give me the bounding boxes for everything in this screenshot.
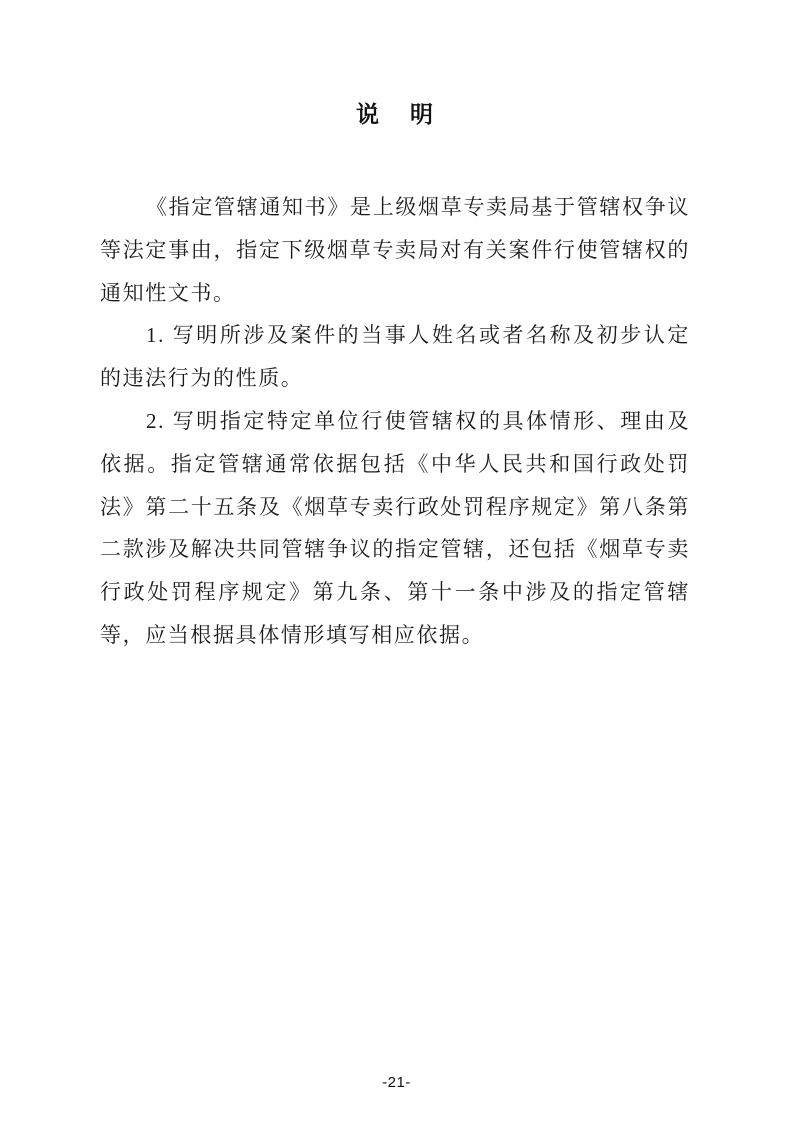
document-page: 说 明 《指定管辖通知书》是上级烟草专卖局基于管辖权争议等法定事由，指定下级烟草… (0, 0, 793, 1122)
paragraph-intro: 《指定管辖通知书》是上级烟草专卖局基于管辖权争议等法定事由，指定下级烟草专卖局对… (100, 186, 690, 314)
page-footer: -21- (0, 1074, 793, 1092)
page-number: -21- (382, 1074, 411, 1091)
paragraph-item-2: 2. 写明指定特定单位行使管辖权的具体情形、理由及依据。指定管辖通常依据包括《中… (100, 400, 690, 657)
document-body: 《指定管辖通知书》是上级烟草专卖局基于管辖权争议等法定事由，指定下级烟草专卖局对… (100, 186, 690, 657)
page-title: 说 明 (0, 98, 793, 130)
paragraph-item-1: 1. 写明所涉及案件的当事人姓名或者名称及初步认定的违法行为的性质。 (100, 314, 690, 400)
